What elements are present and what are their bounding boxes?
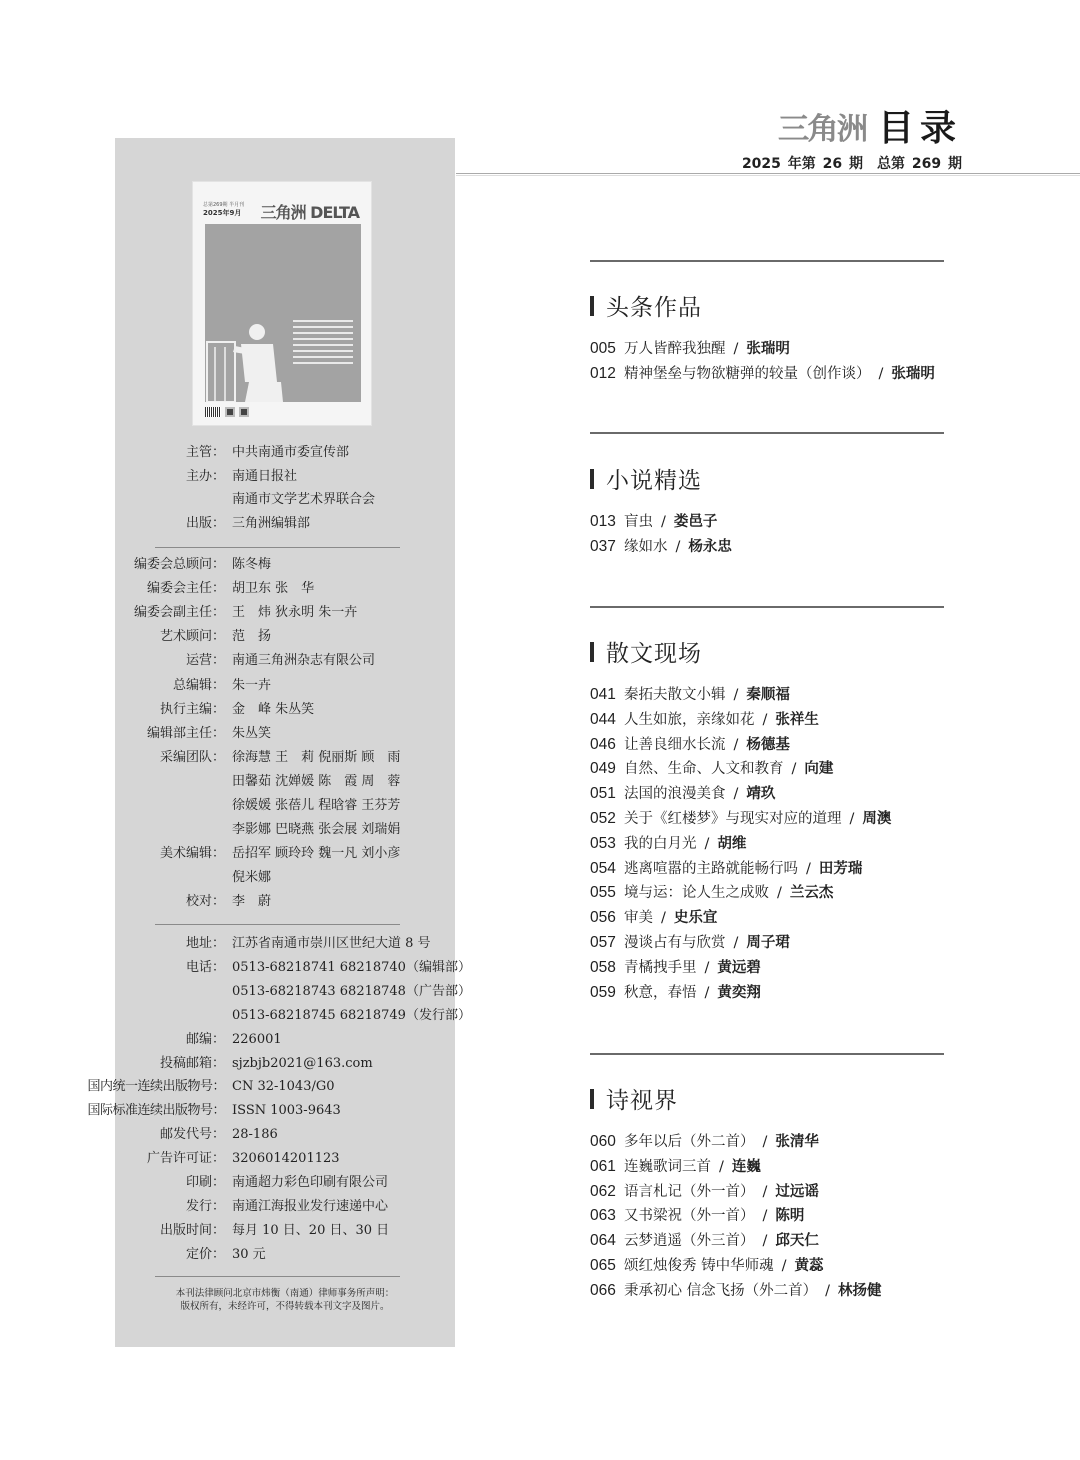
credit-value: ISSN 1003-9643 — [232, 1102, 341, 1119]
credit-row: 倪米娜 — [115, 869, 271, 886]
credit-value: 金 峰 朱丛笑 — [232, 701, 314, 718]
credit-label: 地址： — [115, 935, 225, 952]
barcode-icon — [205, 407, 221, 417]
credit-row: 采编团队：徐海慧 王 莉 倪丽斯 顾 雨 — [115, 749, 400, 766]
section-title: 诗视界 — [606, 1082, 678, 1115]
author-separator: / — [782, 1254, 787, 1279]
page-number: 063 — [590, 1204, 620, 1229]
credits-divider — [155, 1276, 400, 1277]
credit-row: 总编辑：朱一卉 — [115, 677, 271, 694]
author-separator: / — [879, 362, 884, 387]
article-author: 周子珺 — [746, 931, 790, 956]
masthead-sidebar: 总第269期 半月刊 2025年9月 三角洲 DELTA 主管：中共南通市委 — [115, 138, 455, 1347]
author-separator: / — [734, 931, 739, 956]
credit-row: 广告许可证：3206014201123 — [115, 1150, 340, 1167]
credit-row: 徐媛媛 张蓓儿 程晗睿 王芬芳 — [115, 797, 400, 814]
credit-label: 国际标准连续出版物号： — [87, 1102, 225, 1119]
credit-row: 编委会总顾问：陈冬梅 — [115, 556, 271, 573]
toc-entry[interactable]: 061连巍歌词三首/连巍 — [590, 1155, 882, 1180]
credit-label: 出版： — [115, 515, 225, 532]
credit-value: 226001 — [232, 1031, 282, 1048]
article-title: 精神堡垒与物欲糖弹的较量（创作谈） — [624, 362, 871, 387]
toc-entry[interactable]: 052关于《红楼梦》与现实对应的道理/周澳 — [590, 807, 891, 832]
article-author: 张瑞明 — [891, 362, 935, 387]
section-heading: 散文现场 — [590, 635, 702, 668]
credit-label: 邮编： — [115, 1031, 225, 1048]
article-title: 我的白月光 — [624, 832, 697, 857]
article-author: 张瑞明 — [746, 337, 790, 362]
section-article-list: 005万人皆醉我独醒/张瑞明012精神堡垒与物欲糖弹的较量（创作谈）/张瑞明 — [590, 337, 935, 387]
credit-row: 国际标准连续出版物号：ISSN 1003-9643 — [87, 1102, 341, 1119]
page-number: 052 — [590, 807, 620, 832]
credit-value: 胡卫东 张 华 — [232, 580, 314, 597]
cover-illustration — [205, 224, 361, 402]
credit-label: 编辑部主任： — [115, 725, 225, 742]
credit-value: 三角洲编辑部 — [232, 515, 310, 532]
credit-value: CN 32-1043/G0 — [232, 1078, 335, 1095]
article-title: 又书梁祝（外一首） — [624, 1204, 755, 1229]
credit-row: 邮编：226001 — [115, 1031, 282, 1048]
toc-entry[interactable]: 058青橘拽手里/黄远碧 — [590, 956, 891, 981]
article-title: 漫谈占有与欣赏 — [624, 931, 726, 956]
credit-label: 投稿邮箱： — [115, 1055, 225, 1072]
article-author: 黄奕翔 — [717, 981, 761, 1006]
toc-entry[interactable]: 054逃离喧嚣的主路就能畅行吗/田芳瑞 — [590, 857, 891, 882]
article-title: 审美 — [624, 906, 653, 931]
author-separator: / — [777, 881, 782, 906]
toc-entry[interactable]: 051法国的浪漫美食/靖玖 — [590, 782, 891, 807]
page-number: 059 — [590, 981, 620, 1006]
legal-notice-line: 本刊法律顾问北京市炜衡（南通）律师事务所声明： — [115, 1287, 455, 1300]
toc-entry[interactable]: 053我的白月光/胡维 — [590, 832, 891, 857]
toc-entry[interactable]: 049自然、生命、人文和教育/向建 — [590, 757, 891, 782]
toc-entry[interactable]: 005万人皆醉我独醒/张瑞明 — [590, 337, 935, 362]
author-separator: / — [705, 981, 710, 1006]
author-separator: / — [719, 1155, 724, 1180]
credit-value: 中共南通市委宣传部 — [232, 444, 349, 461]
credit-label: 邮发代号： — [115, 1126, 225, 1143]
credit-row: 美术编辑：岳招军 顾玲玲 魏一凡 刘小彦 — [115, 845, 400, 862]
credit-value: 3206014201123 — [232, 1150, 340, 1167]
toc-entry[interactable]: 066秉承初心 信念飞扬（外二首）/林扬健 — [590, 1279, 882, 1304]
credit-row: 主管：中共南通市委宣传部 — [115, 444, 349, 461]
header-divider — [456, 173, 1080, 176]
credit-value: 徐海慧 王 莉 倪丽斯 顾 雨 — [232, 749, 400, 766]
page-number: 037 — [590, 535, 620, 560]
page-number: 058 — [590, 956, 620, 981]
article-title: 颂红烛俊秀 铸中华师魂 — [624, 1254, 774, 1279]
toc-entry[interactable]: 056审美/史乐宜 — [590, 906, 891, 931]
credit-value: 李 蔚 — [232, 893, 271, 910]
credit-row: 定价：30 元 — [115, 1246, 266, 1263]
toc-entry[interactable]: 013盲虫/娄邑子 — [590, 510, 732, 535]
credit-row: 编辑部主任：朱丛笑 — [115, 725, 271, 742]
article-title: 缘如水 — [624, 535, 668, 560]
section-divider — [590, 432, 944, 434]
toc-entry[interactable]: 064云梦逍遥（外三首）/邱天仁 — [590, 1229, 882, 1254]
qr-code-icon — [225, 407, 235, 417]
credit-label: 执行主编： — [115, 701, 225, 718]
credit-label: 总编辑： — [115, 677, 225, 694]
legal-notice: 本刊法律顾问北京市炜衡（南通）律师事务所声明：版权所有，未经许可，不得转载本刊文… — [115, 1287, 455, 1313]
page-number: 062 — [590, 1180, 620, 1205]
author-separator: / — [825, 1279, 830, 1304]
article-author: 杨德基 — [746, 733, 790, 758]
page-number: 053 — [590, 832, 620, 857]
author-separator: / — [763, 1204, 768, 1229]
article-author: 周澳 — [862, 807, 891, 832]
article-author: 娄邑子 — [674, 510, 718, 535]
credit-label: 编委会副主任： — [115, 604, 225, 621]
author-separator: / — [705, 956, 710, 981]
article-title: 境与运：论人生之成败 — [624, 881, 769, 906]
section-heading: 诗视界 — [590, 1082, 678, 1115]
section-marker-icon — [590, 1089, 594, 1109]
credit-value: 0513-68218741 68218740（编辑部） — [232, 959, 471, 976]
credit-label — [115, 869, 225, 886]
article-title: 法国的浪漫美食 — [624, 782, 726, 807]
section-marker-icon — [590, 642, 594, 662]
toc-entry[interactable]: 046让善良细水长流/杨德基 — [590, 733, 891, 758]
credit-value: 倪米娜 — [232, 869, 271, 886]
section-marker-icon — [590, 469, 594, 489]
page-title: 目录 — [878, 100, 962, 151]
article-author: 黄远碧 — [717, 956, 761, 981]
credit-label: 出版时间： — [115, 1222, 225, 1239]
cover-headlines — [293, 320, 353, 368]
credit-value: 江苏省南通市崇川区世纪大道 8 号 — [232, 935, 431, 952]
section-article-list: 013盲虫/娄邑子037缘如水/杨永忠 — [590, 510, 732, 560]
page-number: 054 — [590, 857, 620, 882]
section-heading: 小说精选 — [590, 462, 702, 495]
author-separator: / — [676, 535, 681, 560]
page-number: 065 — [590, 1254, 620, 1279]
credit-row: 国内统一连续出版物号：CN 32-1043/G0 — [87, 1078, 335, 1095]
credit-value: 30 元 — [232, 1246, 266, 1263]
credit-row: 编委会主任：胡卫东 张 华 — [115, 580, 314, 597]
credit-row: 0513-68218745 68218749（发行部） — [115, 1007, 471, 1024]
article-title: 人生如旅，亲缘如花 — [624, 708, 755, 733]
credit-row: 执行主编：金 峰 朱丛笑 — [115, 701, 314, 718]
toc-entry[interactable]: 059秋意，春悟/黄奕翔 — [590, 981, 891, 1006]
page-number: 049 — [590, 757, 620, 782]
credit-row: 邮发代号：28-186 — [115, 1126, 278, 1143]
credit-label — [115, 773, 225, 790]
credit-label — [115, 797, 225, 814]
credit-row: 电话：0513-68218741 68218740（编辑部） — [115, 959, 471, 976]
author-separator: / — [705, 832, 710, 857]
author-separator: / — [763, 1180, 768, 1205]
credit-label — [115, 983, 225, 1000]
cover-thumbnail: 总第269期 半月刊 2025年9月 三角洲 DELTA — [192, 181, 372, 426]
article-title: 秦拓夫散文小辑 — [624, 683, 726, 708]
total-issue-number: 总第 269 期 — [877, 156, 962, 172]
cover-meta: 总第269期 半月刊 2025年9月 — [203, 202, 244, 218]
article-author: 杨永忠 — [688, 535, 732, 560]
credit-row: 南通市文学艺术界联合会 — [115, 491, 375, 508]
credit-row: 编委会副主任：王 炜 狄永明 朱一卉 — [115, 604, 357, 621]
page-number: 057 — [590, 931, 620, 956]
credit-row: 运营：南通三角洲杂志有限公司 — [115, 652, 375, 669]
credit-row: 印刷：南通超力彩色印刷有限公司 — [115, 1174, 388, 1191]
cover-barcodes — [205, 407, 249, 417]
credit-value: 田馨茹 沈婵媛 陈 霞 周 蓉 — [232, 773, 400, 790]
credit-value: 王 炜 狄永明 朱一卉 — [232, 604, 357, 621]
credit-row: 艺术顾问：范 扬 — [115, 628, 271, 645]
page-number: 046 — [590, 733, 620, 758]
article-author: 胡维 — [717, 832, 746, 857]
page-number: 051 — [590, 782, 620, 807]
article-author: 过远谣 — [775, 1180, 819, 1205]
page-header: 三角洲 目录 2025 年第 26 期总第 269 期 — [742, 100, 962, 173]
author-separator: / — [763, 708, 768, 733]
credit-row: 出版时间：每月 10 日、20 日、30 日 — [115, 1222, 389, 1239]
credit-value: 0513-68218745 68218749（发行部） — [232, 1007, 471, 1024]
credit-label: 校对： — [115, 893, 225, 910]
toc-entry[interactable]: 055境与运：论人生之成败/兰云杰 — [590, 881, 891, 906]
credit-label: 编委会总顾问： — [115, 556, 225, 573]
page-number: 005 — [590, 337, 620, 362]
issue-number: 2025 年第 26 期 — [742, 156, 863, 172]
author-separator: / — [661, 906, 666, 931]
toc-entry[interactable]: 012精神堡垒与物欲糖弹的较量（创作谈）/张瑞明 — [590, 362, 935, 387]
article-author: 张祥生 — [775, 708, 819, 733]
issue-info: 2025 年第 26 期总第 269 期 — [742, 153, 962, 173]
man-illustration-icon — [205, 302, 285, 402]
author-separator: / — [850, 807, 855, 832]
author-separator: / — [661, 510, 666, 535]
article-author: 连巍 — [732, 1155, 761, 1180]
article-author: 靖玖 — [746, 782, 775, 807]
toc-entry[interactable]: 044人生如旅，亲缘如花/张祥生 — [590, 708, 891, 733]
article-title: 盲虫 — [624, 510, 653, 535]
credit-value: 0513-68218743 68218748（广告部） — [232, 983, 471, 1000]
toc-entry[interactable]: 060多年以后（外二首）/张清华 — [590, 1130, 882, 1155]
article-author: 田芳瑞 — [819, 857, 863, 882]
credit-label: 发行： — [115, 1198, 225, 1215]
credit-row: 投稿邮箱：sjzbjb2021@163.com — [115, 1055, 373, 1072]
section-marker-icon — [590, 296, 594, 316]
credit-row: 出版：三角洲编辑部 — [115, 515, 310, 532]
credit-label: 采编团队： — [115, 749, 225, 766]
credit-value: 南通超力彩色印刷有限公司 — [232, 1174, 388, 1191]
toc-entry[interactable]: 063又书梁祝（外一首）/陈明 — [590, 1204, 882, 1229]
section-heading: 头条作品 — [590, 289, 702, 322]
author-separator: / — [734, 782, 739, 807]
article-title: 青橘拽手里 — [624, 956, 697, 981]
toc-entry[interactable]: 037缘如水/杨永忠 — [590, 535, 732, 560]
credit-row: 田馨茹 沈婵媛 陈 霞 周 蓉 — [115, 773, 400, 790]
credit-value: 岳招军 顾玲玲 魏一凡 刘小彦 — [232, 845, 400, 862]
section-title: 小说精选 — [606, 462, 702, 495]
article-title: 多年以后（外二首） — [624, 1130, 755, 1155]
article-title: 云梦逍遥（外三首） — [624, 1229, 755, 1254]
credit-value: 徐媛媛 张蓓儿 程晗睿 王芬芳 — [232, 797, 400, 814]
section-title: 散文现场 — [606, 635, 702, 668]
article-author: 陈明 — [775, 1204, 804, 1229]
credit-label: 编委会主任： — [115, 580, 225, 597]
credit-label: 运营： — [115, 652, 225, 669]
article-title: 连巍歌词三首 — [624, 1155, 711, 1180]
author-separator: / — [806, 857, 811, 882]
credit-value: 南通江海报业发行速递中心 — [232, 1198, 388, 1215]
section-divider — [590, 1053, 944, 1055]
section-divider — [590, 260, 944, 262]
credit-label: 印刷： — [115, 1174, 225, 1191]
credit-label: 国内统一连续出版物号： — [87, 1078, 225, 1095]
article-title: 语言札记（外一首） — [624, 1180, 755, 1205]
credit-label: 电话： — [115, 959, 225, 976]
article-title: 万人皆醉我独醒 — [624, 337, 726, 362]
credit-label: 定价： — [115, 1246, 225, 1263]
credit-row: 地址：江苏省南通市崇川区世纪大道 8 号 — [115, 935, 431, 952]
qr-code-icon — [239, 407, 249, 417]
credit-value: 陈冬梅 — [232, 556, 271, 573]
credit-value: sjzbjb2021@163.com — [232, 1055, 373, 1072]
author-separator: / — [734, 733, 739, 758]
credit-row: 校对：李 蔚 — [115, 893, 271, 910]
article-author: 张清华 — [775, 1130, 819, 1155]
legal-notice-line: 版权所有，未经许可，不得转载本刊文字及图片。 — [115, 1300, 455, 1313]
cover-logo: 三角洲 DELTA — [261, 200, 359, 223]
credit-value: 朱一卉 — [232, 677, 271, 694]
article-author: 秦顺福 — [746, 683, 790, 708]
article-title: 逃离喧嚣的主路就能畅行吗 — [624, 857, 798, 882]
author-separator: / — [763, 1130, 768, 1155]
credit-value: 范 扬 — [232, 628, 271, 645]
credit-row: 0513-68218743 68218748（广告部） — [115, 983, 471, 1000]
section-article-list: 060多年以后（外二首）/张清华061连巍歌词三首/连巍062语言札记（外一首）… — [590, 1130, 882, 1304]
credit-label — [115, 821, 225, 838]
credit-value: 每月 10 日、20 日、30 日 — [232, 1222, 389, 1239]
page-number: 056 — [590, 906, 620, 931]
page-number: 064 — [590, 1229, 620, 1254]
credit-label: 主管： — [115, 444, 225, 461]
toc-entry[interactable]: 062语言札记（外一首）/过远谣 — [590, 1180, 882, 1205]
article-author: 兰云杰 — [790, 881, 834, 906]
credit-label — [115, 1007, 225, 1024]
article-author: 林扬健 — [838, 1279, 882, 1304]
toc-entry[interactable]: 065颂红烛俊秀 铸中华师魂/黄蕊 — [590, 1254, 882, 1279]
page-number: 013 — [590, 510, 620, 535]
credit-value: 南通日报社 — [232, 468, 297, 485]
credit-label — [115, 491, 225, 508]
section-divider — [590, 606, 944, 608]
article-author: 向建 — [804, 757, 833, 782]
author-separator: / — [763, 1229, 768, 1254]
author-separator: / — [734, 683, 739, 708]
credits-divider — [155, 924, 400, 925]
article-author: 黄蕊 — [795, 1254, 824, 1279]
page-number: 055 — [590, 881, 620, 906]
magazine-logo: 三角洲 — [778, 104, 866, 148]
article-author: 史乐宜 — [674, 906, 718, 931]
section-title: 头条作品 — [606, 289, 702, 322]
article-title: 让善良细水长流 — [624, 733, 726, 758]
page-number: 041 — [590, 683, 620, 708]
credit-row: 发行：南通江海报业发行速递中心 — [115, 1198, 388, 1215]
credit-value: 28-186 — [232, 1126, 278, 1143]
credit-value: 南通三角洲杂志有限公司 — [232, 652, 375, 669]
toc-entry[interactable]: 041秦拓夫散文小辑/秦顺福 — [590, 683, 891, 708]
credit-label: 主办： — [115, 468, 225, 485]
credit-row: 李影娜 巴晓燕 张会展 刘瑞娟 — [115, 821, 400, 838]
page-number: 060 — [590, 1130, 620, 1155]
credit-value: 南通市文学艺术界联合会 — [232, 491, 375, 508]
credit-label: 艺术顾问： — [115, 628, 225, 645]
section-article-list: 041秦拓夫散文小辑/秦顺福044人生如旅，亲缘如花/张祥生046让善良细水长流… — [590, 683, 891, 1005]
credit-value: 李影娜 巴晓燕 张会展 刘瑞娟 — [232, 821, 400, 838]
article-title: 自然、生命、人文和教育 — [624, 757, 784, 782]
credit-value: 朱丛笑 — [232, 725, 271, 742]
page-number: 061 — [590, 1155, 620, 1180]
article-title: 秋意，春悟 — [624, 981, 697, 1006]
credit-row: 主办：南通日报社 — [115, 468, 297, 485]
author-separator: / — [792, 757, 797, 782]
page-number: 066 — [590, 1279, 620, 1304]
credit-label: 美术编辑： — [115, 845, 225, 862]
article-author: 邱天仁 — [775, 1229, 819, 1254]
credit-label: 广告许可证： — [115, 1150, 225, 1167]
article-title: 关于《红楼梦》与现实对应的道理 — [624, 807, 842, 832]
credits-divider — [155, 547, 400, 548]
page-number: 044 — [590, 708, 620, 733]
article-title: 秉承初心 信念飞扬（外二首） — [624, 1279, 817, 1304]
toc-entry[interactable]: 057漫谈占有与欣赏/周子珺 — [590, 931, 891, 956]
author-separator: / — [734, 337, 739, 362]
page-number: 012 — [590, 362, 620, 387]
